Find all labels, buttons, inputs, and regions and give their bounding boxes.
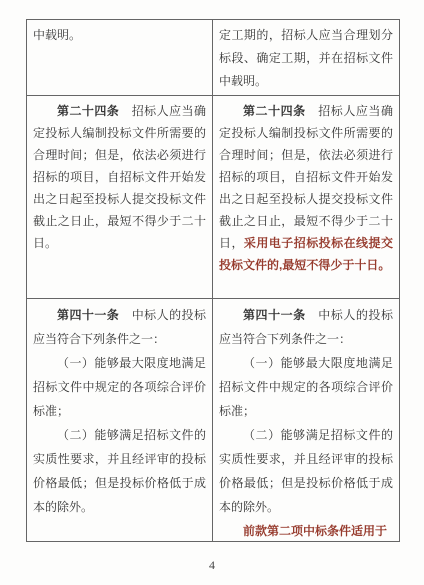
text-segment: （一）能够最大限度地满足招标文件中规定的各项综合评价标准； xyxy=(219,356,393,418)
article-number: 第四十一条 xyxy=(243,308,306,322)
text-segment: （二）能够满足招标文件的实质性要求，并且经评审的投标价格最低；但是投标价格低于成… xyxy=(219,428,393,514)
text-segment: 招标人应当确定投标人编制投标文件所需要的合理时间；但是，依法必须进行招标的项目，… xyxy=(219,104,393,250)
table-row: 第二十四条 招标人应当确定投标人编制投标文件所需要的合理时间；但是，依法必须进行… xyxy=(27,96,399,299)
text-segment: （二）能够满足招标文件的实质性要求，并且经评审的投标价格最低；但是投标价格低于成… xyxy=(33,428,206,514)
paragraph: 定工期的，招标人应当合理划分标段、确定工期，并在招标文件中载明。 xyxy=(219,24,393,93)
left-column-cell: 第四十一条 中标人的投标应当符合下列条件之一： （一）能够最大限度地满足招标文件… xyxy=(27,299,213,541)
paragraph: 前款第二项中标条件适用于 xyxy=(219,519,393,541)
paragraph: 第四十一条 中标人的投标应当符合下列条件之一： xyxy=(33,303,206,351)
right-column-cell: 定工期的，招标人应当合理划分标段、确定工期，并在招标文件中载明。 xyxy=(213,20,399,95)
paragraph: （二）能够满足招标文件的实质性要求，并且经评审的投标价格最低；但是投标价格低于成… xyxy=(219,423,393,519)
article-number: 第二十四条 xyxy=(243,104,306,118)
paragraph: （一）能够最大限度地满足招标文件中规定的各项综合评价标准； xyxy=(219,351,393,423)
paragraph: 第二十四条 招标人应当确定投标人编制投标文件所需要的合理时间；但是，依法必须进行… xyxy=(219,100,393,276)
comparison-table: 中载明。 定工期的，招标人应当合理划分标段、确定工期，并在招标文件中载明。 第二… xyxy=(26,19,400,542)
right-column-cell: 第二十四条 招标人应当确定投标人编制投标文件所需要的合理时间；但是，依法必须进行… xyxy=(213,96,399,298)
text-segment: 招标人应当确定投标人编制投标文件所需要的合理时间；但是，依法必须进行招标的项目，… xyxy=(33,104,206,250)
text-segment: 定工期的，招标人应当合理划分标段、确定工期，并在招标文件中载明。 xyxy=(219,28,393,88)
document-page: 中载明。 定工期的，招标人应当合理划分标段、确定工期，并在招标文件中载明。 第二… xyxy=(0,0,424,585)
article-number: 第四十一条 xyxy=(57,308,119,322)
table-row: 第四十一条 中标人的投标应当符合下列条件之一： （一）能够最大限度地满足招标文件… xyxy=(27,299,399,541)
right-column-cell: 第四十一条 中标人的投标应当符合下列条件之一： （一）能够最大限度地满足招标文件… xyxy=(213,299,399,541)
paragraph: （二）能够满足招标文件的实质性要求，并且经评审的投标价格最低；但是投标价格低于成… xyxy=(33,423,206,519)
page-number-label: 4 xyxy=(0,558,424,573)
table-row: 中载明。 定工期的，招标人应当合理划分标段、确定工期，并在招标文件中载明。 xyxy=(27,20,399,96)
left-column-cell: 第二十四条 招标人应当确定投标人编制投标文件所需要的合理时间；但是，依法必须进行… xyxy=(27,96,213,298)
article-number: 第二十四条 xyxy=(57,104,119,118)
paragraph: 中载明。 xyxy=(33,24,206,47)
paragraph: 第二十四条 招标人应当确定投标人编制投标文件所需要的合理时间；但是，依法必须进行… xyxy=(33,100,206,254)
text-segment: （一）能够最大限度地满足招标文件中规定的各项综合评价标准； xyxy=(33,356,206,418)
paragraph: （一）能够最大限度地满足招标文件中规定的各项综合评价标准； xyxy=(33,351,206,423)
text-segment: 中载明。 xyxy=(33,28,81,42)
highlighted-addition: 前款第二项中标条件适用于 xyxy=(243,524,387,538)
paragraph: 第四十一条 中标人的投标应当符合下列条件之一： xyxy=(219,303,393,351)
left-column-cell: 中载明。 xyxy=(27,20,213,95)
highlighted-addition: 采用电子招标投标在线提交投标文件的,最短不得少于十日。 xyxy=(219,236,393,272)
